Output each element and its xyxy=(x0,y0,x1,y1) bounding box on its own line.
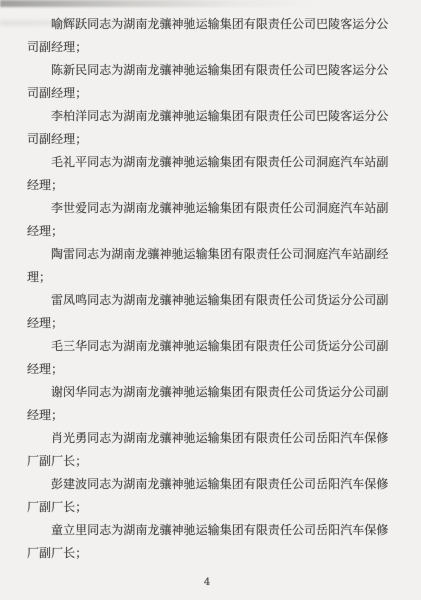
text-line: 经理； xyxy=(27,220,391,243)
text-line: 李世爱同志为湖南龙骧神驰运输集团有限责任公司洞庭汽车站副 xyxy=(27,197,391,220)
text-line: 喻辉跃同志为湖南龙骧神驰运输集团有限责任公司巴陵客运分公 xyxy=(27,13,391,36)
text-line: 厂副厂长； xyxy=(27,542,391,565)
document-body: 喻辉跃同志为湖南龙骧神驰运输集团有限责任公司巴陵客运分公 司副经理； 陈新民同志… xyxy=(27,13,391,565)
document-page: 喻辉跃同志为湖南龙骧神驰运输集团有限责任公司巴陵客运分公 司副经理； 陈新民同志… xyxy=(0,0,421,600)
text-line: 经理； xyxy=(27,174,391,197)
appointment-paragraph: 毛礼平同志为湖南龙骧神驰运输集团有限责任公司洞庭汽车站副 经理； xyxy=(27,151,391,197)
text-line: 司副经理； xyxy=(27,82,391,105)
page-number: 4 xyxy=(0,577,414,588)
scan-shadow-top xyxy=(0,0,421,7)
appointment-paragraph: 毛三华同志为湖南龙骧神驰运输集团有限责任公司货运分公司副 经理； xyxy=(27,335,391,381)
text-line: 陈新民同志为湖南龙骧神驰运输集团有限责任公司巴陵客运分公 xyxy=(27,59,391,82)
text-line: 经理； xyxy=(27,358,391,381)
appointment-paragraph: 李世爱同志为湖南龙骧神驰运输集团有限责任公司洞庭汽车站副 经理； xyxy=(27,197,391,243)
text-line: 童立里同志为湖南龙骧神驰运输集团有限责任公司岳阳汽车保修 xyxy=(27,519,391,542)
text-line: 李柏洋同志为湖南龙骧神驰运输集团有限责任公司巴陵客运分公 xyxy=(27,105,391,128)
text-line: 毛三华同志为湖南龙骧神驰运输集团有限责任公司货运分公司副 xyxy=(27,335,391,358)
appointment-paragraph: 彭建波同志为湖南龙骧神驰运输集团有限责任公司岳阳汽车保修 厂副厂长； xyxy=(27,473,391,519)
appointment-paragraph: 李柏洋同志为湖南龙骧神驰运输集团有限责任公司巴陵客运分公 司副经理； xyxy=(27,105,391,151)
appointment-paragraph: 陈新民同志为湖南龙骧神驰运输集团有限责任公司巴陵客运分公 司副经理； xyxy=(27,59,391,105)
appointment-paragraph: 谢闵华同志为湖南龙骧神驰运输集团有限责任公司货运分公司副 经理； xyxy=(27,381,391,427)
appointment-paragraph: 肖光勇同志为湖南龙骧神驰运输集团有限责任公司岳阳汽车保修 厂副厂长； xyxy=(27,427,391,473)
text-line: 司副经理； xyxy=(27,36,391,59)
text-line: 肖光勇同志为湖南龙骧神驰运输集团有限责任公司岳阳汽车保修 xyxy=(27,427,391,450)
text-line: 陶雷同志为湖南龙骧神驰运输集团有限责任公司洞庭汽车站副经 xyxy=(27,243,391,266)
text-line: 理； xyxy=(27,266,391,289)
appointment-paragraph: 喻辉跃同志为湖南龙骧神驰运输集团有限责任公司巴陵客运分公 司副经理； xyxy=(27,13,391,59)
text-line: 经理； xyxy=(27,404,391,427)
text-line: 雷凤鸣同志为湖南龙骧神驰运输集团有限责任公司货运分公司副 xyxy=(27,289,391,312)
text-line: 经理； xyxy=(27,312,391,335)
text-line: 司副经理； xyxy=(27,128,391,151)
text-line: 彭建波同志为湖南龙骧神驰运输集团有限责任公司岳阳汽车保修 xyxy=(27,473,391,496)
text-line: 毛礼平同志为湖南龙骧神驰运输集团有限责任公司洞庭汽车站副 xyxy=(27,151,391,174)
appointment-paragraph: 童立里同志为湖南龙骧神驰运输集团有限责任公司岳阳汽车保修 厂副厂长； xyxy=(27,519,391,565)
appointment-paragraph: 陶雷同志为湖南龙骧神驰运输集团有限责任公司洞庭汽车站副经 理； xyxy=(27,243,391,289)
appointment-paragraph: 雷凤鸣同志为湖南龙骧神驰运输集团有限责任公司货运分公司副 经理； xyxy=(27,289,391,335)
text-line: 谢闵华同志为湖南龙骧神驰运输集团有限责任公司货运分公司副 xyxy=(27,381,391,404)
text-line: 厂副厂长； xyxy=(27,496,391,519)
text-line: 厂副厂长； xyxy=(27,450,391,473)
